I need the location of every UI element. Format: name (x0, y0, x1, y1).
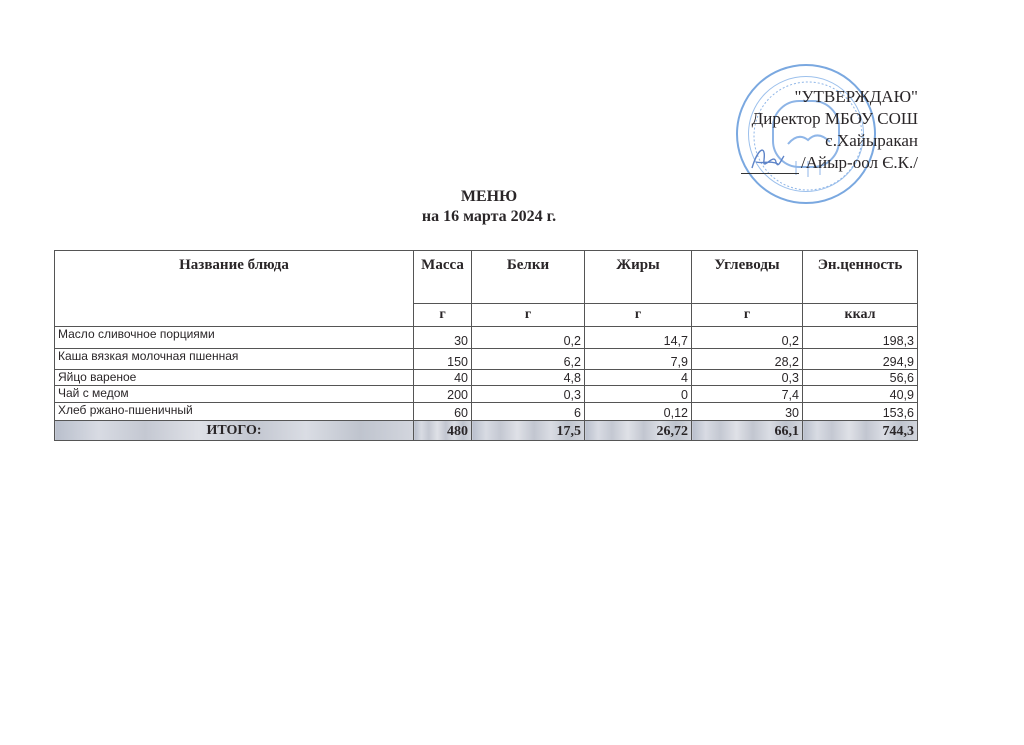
approval-heading: "УТВЕРЖДАЮ" (741, 86, 918, 108)
dish-energy: 294,9 (803, 349, 918, 370)
total-fat: 26,72 (585, 421, 692, 441)
unit-fat: г (585, 304, 692, 327)
dish-mass: 40 (414, 370, 472, 386)
signature-underline (741, 161, 799, 174)
dish-name: Чай с медом (55, 386, 414, 403)
header-carbs: Углеводы (692, 251, 803, 304)
total-energy: 744,3 (803, 421, 918, 441)
dish-energy: 153,6 (803, 403, 918, 421)
approval-name: /Айыр-оол Є.К./ (801, 153, 918, 172)
header-row: Название блюда Масса Белки Жиры Углеводы… (55, 251, 918, 304)
header-dish-name: Название блюда (55, 251, 414, 327)
dish-fat: 14,7 (585, 327, 692, 349)
total-row: ИТОГО: 480 17,5 26,72 66,1 744,3 (55, 421, 918, 441)
dish-energy: 56,6 (803, 370, 918, 386)
dish-mass: 30 (414, 327, 472, 349)
dish-name: Яйцо вареное (55, 370, 414, 386)
dish-protein: 0,3 (472, 386, 585, 403)
header-protein: Белки (472, 251, 585, 304)
dish-carbs: 0,2 (692, 327, 803, 349)
approval-block: "УТВЕРЖДАЮ" Директор МБОУ СОШ с.Хайырака… (741, 86, 918, 174)
table-row: Хлеб ржано-пшеничный 60 6 0,12 30 153,6 (55, 403, 918, 421)
dish-mass: 150 (414, 349, 472, 370)
dish-name: Каша вязкая молочная пшенная (55, 349, 414, 370)
dish-carbs: 28,2 (692, 349, 803, 370)
table-row: Каша вязкая молочная пшенная 150 6,2 7,9… (55, 349, 918, 370)
menu-table: Название блюда Масса Белки Жиры Углеводы… (54, 250, 918, 441)
dish-protein: 6 (472, 403, 585, 421)
dish-fat: 4 (585, 370, 692, 386)
unit-protein: г (472, 304, 585, 327)
header-mass: Масса (414, 251, 472, 304)
dish-energy: 40,9 (803, 386, 918, 403)
dish-carbs: 30 (692, 403, 803, 421)
approval-signature-line: /Айыр-оол Є.К./ (741, 152, 918, 174)
header-fat: Жиры (585, 251, 692, 304)
page-title: МЕНЮ (384, 187, 594, 207)
dish-fat: 7,9 (585, 349, 692, 370)
unit-energy: ккал (803, 304, 918, 327)
total-protein: 17,5 (472, 421, 585, 441)
dish-fat: 0 (585, 386, 692, 403)
approval-location: с.Хайыракан (741, 130, 918, 152)
dish-name: Масло сливочное порциями (55, 327, 414, 349)
dish-fat: 0,12 (585, 403, 692, 421)
table-row: Масло сливочное порциями 30 0,2 14,7 0,2… (55, 327, 918, 349)
document-title: МЕНЮ на 16 марта 2024 г. (384, 187, 594, 227)
approval-position: Директор МБОУ СОШ (741, 108, 918, 130)
dish-protein: 4,8 (472, 370, 585, 386)
total-carbs: 66,1 (692, 421, 803, 441)
dish-carbs: 0,3 (692, 370, 803, 386)
menu-date: на 16 марта 2024 г. (384, 207, 594, 227)
dish-mass: 200 (414, 386, 472, 403)
unit-carbs: г (692, 304, 803, 327)
total-label: ИТОГО: (55, 421, 414, 441)
unit-mass: г (414, 304, 472, 327)
dish-protein: 0,2 (472, 327, 585, 349)
dish-mass: 60 (414, 403, 472, 421)
dish-carbs: 7,4 (692, 386, 803, 403)
table-row: Яйцо вареное 40 4,8 4 0,3 56,6 (55, 370, 918, 386)
total-mass: 480 (414, 421, 472, 441)
dish-energy: 198,3 (803, 327, 918, 349)
dish-protein: 6,2 (472, 349, 585, 370)
table-row: Чай с медом 200 0,3 0 7,4 40,9 (55, 386, 918, 403)
dish-name: Хлеб ржано-пшеничный (55, 403, 414, 421)
header-energy: Эн.ценность (803, 251, 918, 304)
